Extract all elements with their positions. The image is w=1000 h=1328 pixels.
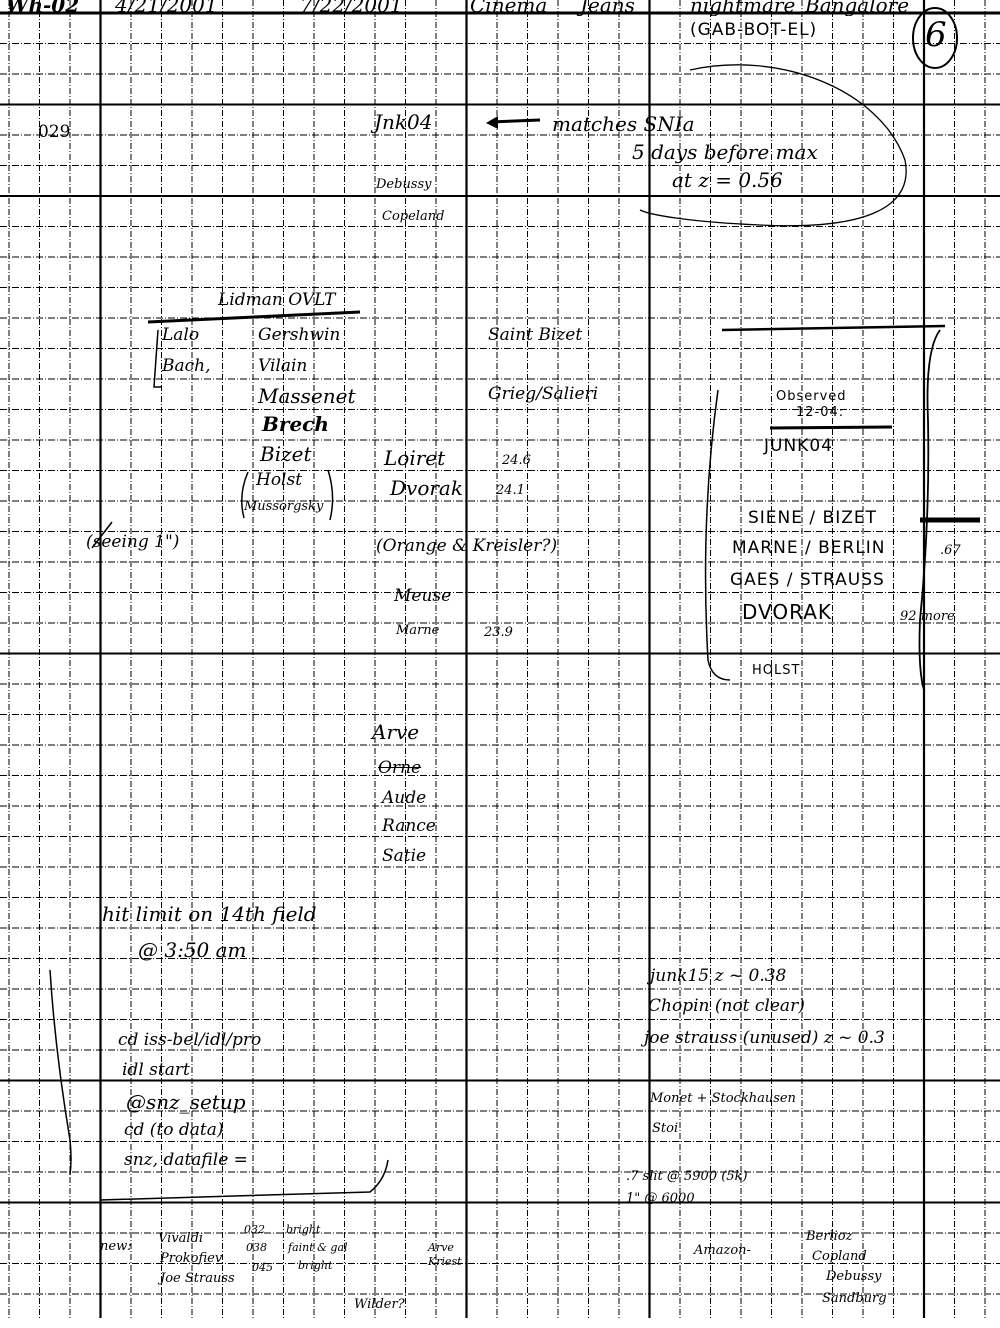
note-ellipse (640, 65, 906, 226)
ink-strokes (0, 0, 1000, 1328)
page-number-circle (913, 8, 957, 68)
arrow-head (486, 116, 498, 129)
right-bracket-top (722, 326, 945, 330)
